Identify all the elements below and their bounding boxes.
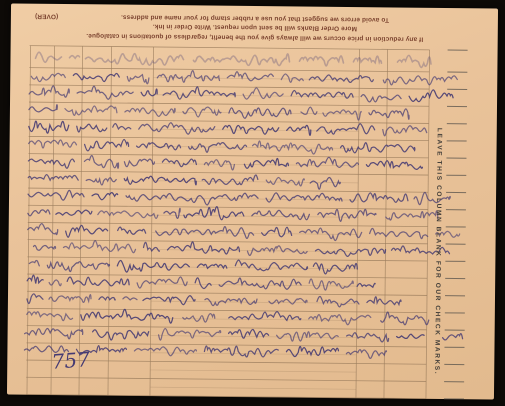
handwritten-shorthand: [24, 51, 465, 359]
handwritten-total: 757: [51, 347, 91, 374]
scanned-document: If any reduction in price occurs we will…: [7, 3, 498, 399]
